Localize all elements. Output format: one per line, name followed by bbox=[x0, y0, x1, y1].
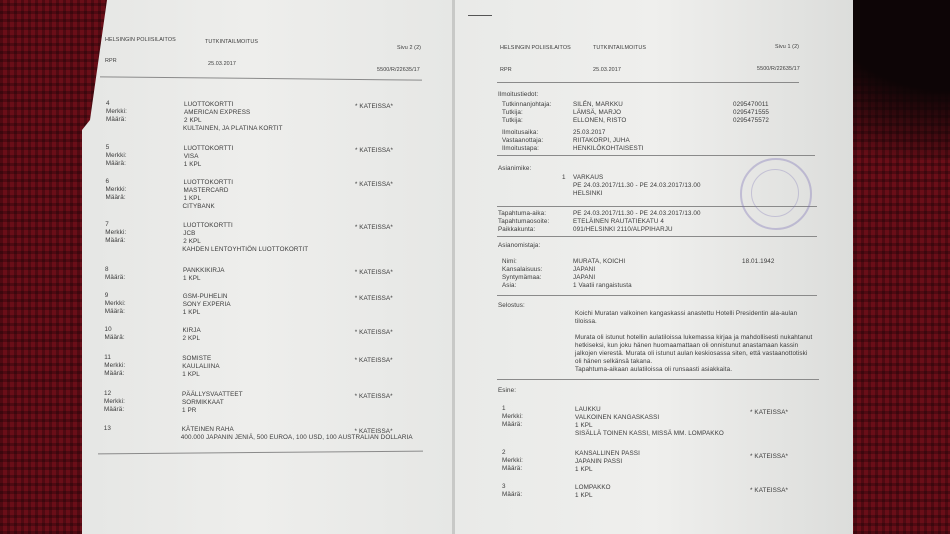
item-name: LAUKKU bbox=[575, 406, 601, 414]
field-value: LÄMSÄ, MARJO bbox=[573, 109, 621, 117]
item-status: * KATEISSA* bbox=[750, 409, 788, 417]
maara-label: Määrä: bbox=[502, 421, 522, 429]
field-value: ELLONEN, RISTO bbox=[573, 117, 626, 125]
field-label: Tapahtuma-aika: bbox=[498, 210, 546, 218]
header-case-no: 5500/R/22635/17 bbox=[757, 65, 800, 73]
field-value: ETELÄINEN RAUTATIEKATU 4 bbox=[573, 218, 664, 226]
phone-number: 0295470011 bbox=[733, 101, 769, 109]
field-label: Asia: bbox=[502, 282, 517, 290]
field-label: Tutkija: bbox=[502, 117, 523, 125]
section-divider bbox=[497, 295, 817, 296]
birthdate: 18.01.1942 bbox=[742, 258, 775, 266]
description-line: jalkojen vierestä. Murata oli istunut au… bbox=[575, 350, 807, 358]
merkki-label: Merkki: bbox=[502, 413, 523, 421]
field-value: 25.03.2017 bbox=[573, 129, 606, 137]
field-value: JAPANI bbox=[573, 274, 595, 282]
field-label: Tutkija: bbox=[502, 109, 523, 117]
header-page: Sivu 1 (2) bbox=[775, 43, 799, 51]
item-number: 2 bbox=[502, 449, 506, 457]
field-label: Paikkakunta: bbox=[498, 226, 535, 234]
offence-number: 1 bbox=[562, 174, 566, 182]
maara-label: Määrä: bbox=[502, 491, 522, 499]
item-note: SISÄLLÄ TOINEN KASSI, MISSÄ MM. LOMPAKKO bbox=[575, 430, 724, 438]
document-page-1: HELSINGIN POLIISILAITOS TUTKINTAILMOITUS… bbox=[455, 0, 853, 534]
section-divider bbox=[497, 236, 817, 237]
maara-label: Määrä: bbox=[502, 465, 522, 473]
description-line: Murata oli istunut hotellin aulatiloissa… bbox=[575, 334, 812, 342]
phone-number: 0295471555 bbox=[733, 109, 769, 117]
item-status: * KATEISSA* bbox=[750, 453, 788, 461]
section-divider bbox=[497, 155, 815, 156]
item-brand: VALKOINEN KANGASKASSI bbox=[575, 414, 659, 422]
description-line: oli hänen selkänsä takana. bbox=[575, 358, 652, 366]
description-line: Tapahtuma-aikaan aulatiloissa oli runsaa… bbox=[575, 366, 732, 374]
offence-line: PE 24.03.2017/11.30 - PE 24.03.2017/13.0… bbox=[573, 182, 701, 190]
description-line: Koichi Muratan valkoinen kangaskassi ana… bbox=[575, 310, 797, 318]
item-quantity: 1 KPL bbox=[575, 422, 593, 430]
item-quantity: 1 KPL bbox=[575, 492, 593, 500]
item-number: 1 bbox=[502, 405, 506, 413]
field-value: JAPANI bbox=[573, 266, 595, 274]
section-title-asianomistaja: Asianomistaja: bbox=[498, 242, 540, 250]
pen-mark bbox=[468, 15, 492, 16]
header-doc-type: TUTKINTAILMOITUS bbox=[593, 44, 646, 52]
item-name: KANSALLINEN PASSI bbox=[575, 450, 640, 458]
official-stamp-icon bbox=[740, 158, 812, 230]
field-value: SILÉN, MARKKU bbox=[573, 101, 623, 109]
field-value: RIITAKORPI, JUHA bbox=[573, 137, 630, 145]
field-label: Tutkinnanjohtaja: bbox=[502, 101, 551, 109]
header-divider bbox=[497, 82, 799, 83]
phone-number: 0295475572 bbox=[733, 117, 769, 125]
item-quantity: 1 KPL bbox=[575, 466, 593, 474]
header-date: 25.03.2017 bbox=[593, 66, 621, 74]
item-name: LOMPAKKO bbox=[575, 484, 611, 492]
field-value: HENKILÖKOHTAISESTI bbox=[573, 145, 644, 153]
field-value: 091/HELSINKI 2110/ALPPIHARJU bbox=[573, 226, 673, 234]
merkki-label: Merkki: bbox=[502, 457, 523, 465]
item-brand: JAPANIN PASSI bbox=[575, 458, 622, 466]
field-value: 1 Vaatii rangaistusta bbox=[573, 282, 632, 290]
field-label: Ilmoitusaika: bbox=[502, 129, 538, 137]
section-title-selostus: Selostus: bbox=[498, 302, 525, 310]
header-org: HELSINGIN POLIISILAITOS bbox=[500, 44, 571, 52]
section-title-asianimike: Asianimike: bbox=[498, 165, 531, 173]
section-divider bbox=[497, 379, 819, 380]
field-label: Syntymämaa: bbox=[502, 274, 542, 282]
description-line: tiloissa. bbox=[575, 318, 597, 326]
section-title-esine: Esine: bbox=[498, 387, 516, 395]
offence-line: HELSINKI bbox=[573, 190, 603, 198]
field-value: MURATA, KOICHI bbox=[573, 258, 625, 266]
field-value: PE 24.03.2017/11.30 - PE 24.03.2017/13.0… bbox=[573, 210, 701, 218]
offence-line: VARKAUS bbox=[573, 174, 603, 182]
description-line: hetkiseksi, kun joku hänen huomaamattaan… bbox=[575, 342, 798, 350]
field-label: Tapahtumaosoite: bbox=[498, 218, 549, 226]
field-label: Kansalaisuus: bbox=[502, 266, 543, 274]
header-unit: RPR bbox=[500, 66, 512, 74]
item-status: * KATEISSA* bbox=[750, 487, 788, 495]
field-label: Ilmoitustapa: bbox=[502, 145, 539, 153]
field-label: Nimi: bbox=[502, 258, 517, 266]
item-number: 3 bbox=[502, 483, 506, 491]
section-title-ilmoitustiedot: Ilmoitustiedot: bbox=[498, 91, 538, 99]
field-label: Vastaanottaja: bbox=[502, 137, 543, 145]
